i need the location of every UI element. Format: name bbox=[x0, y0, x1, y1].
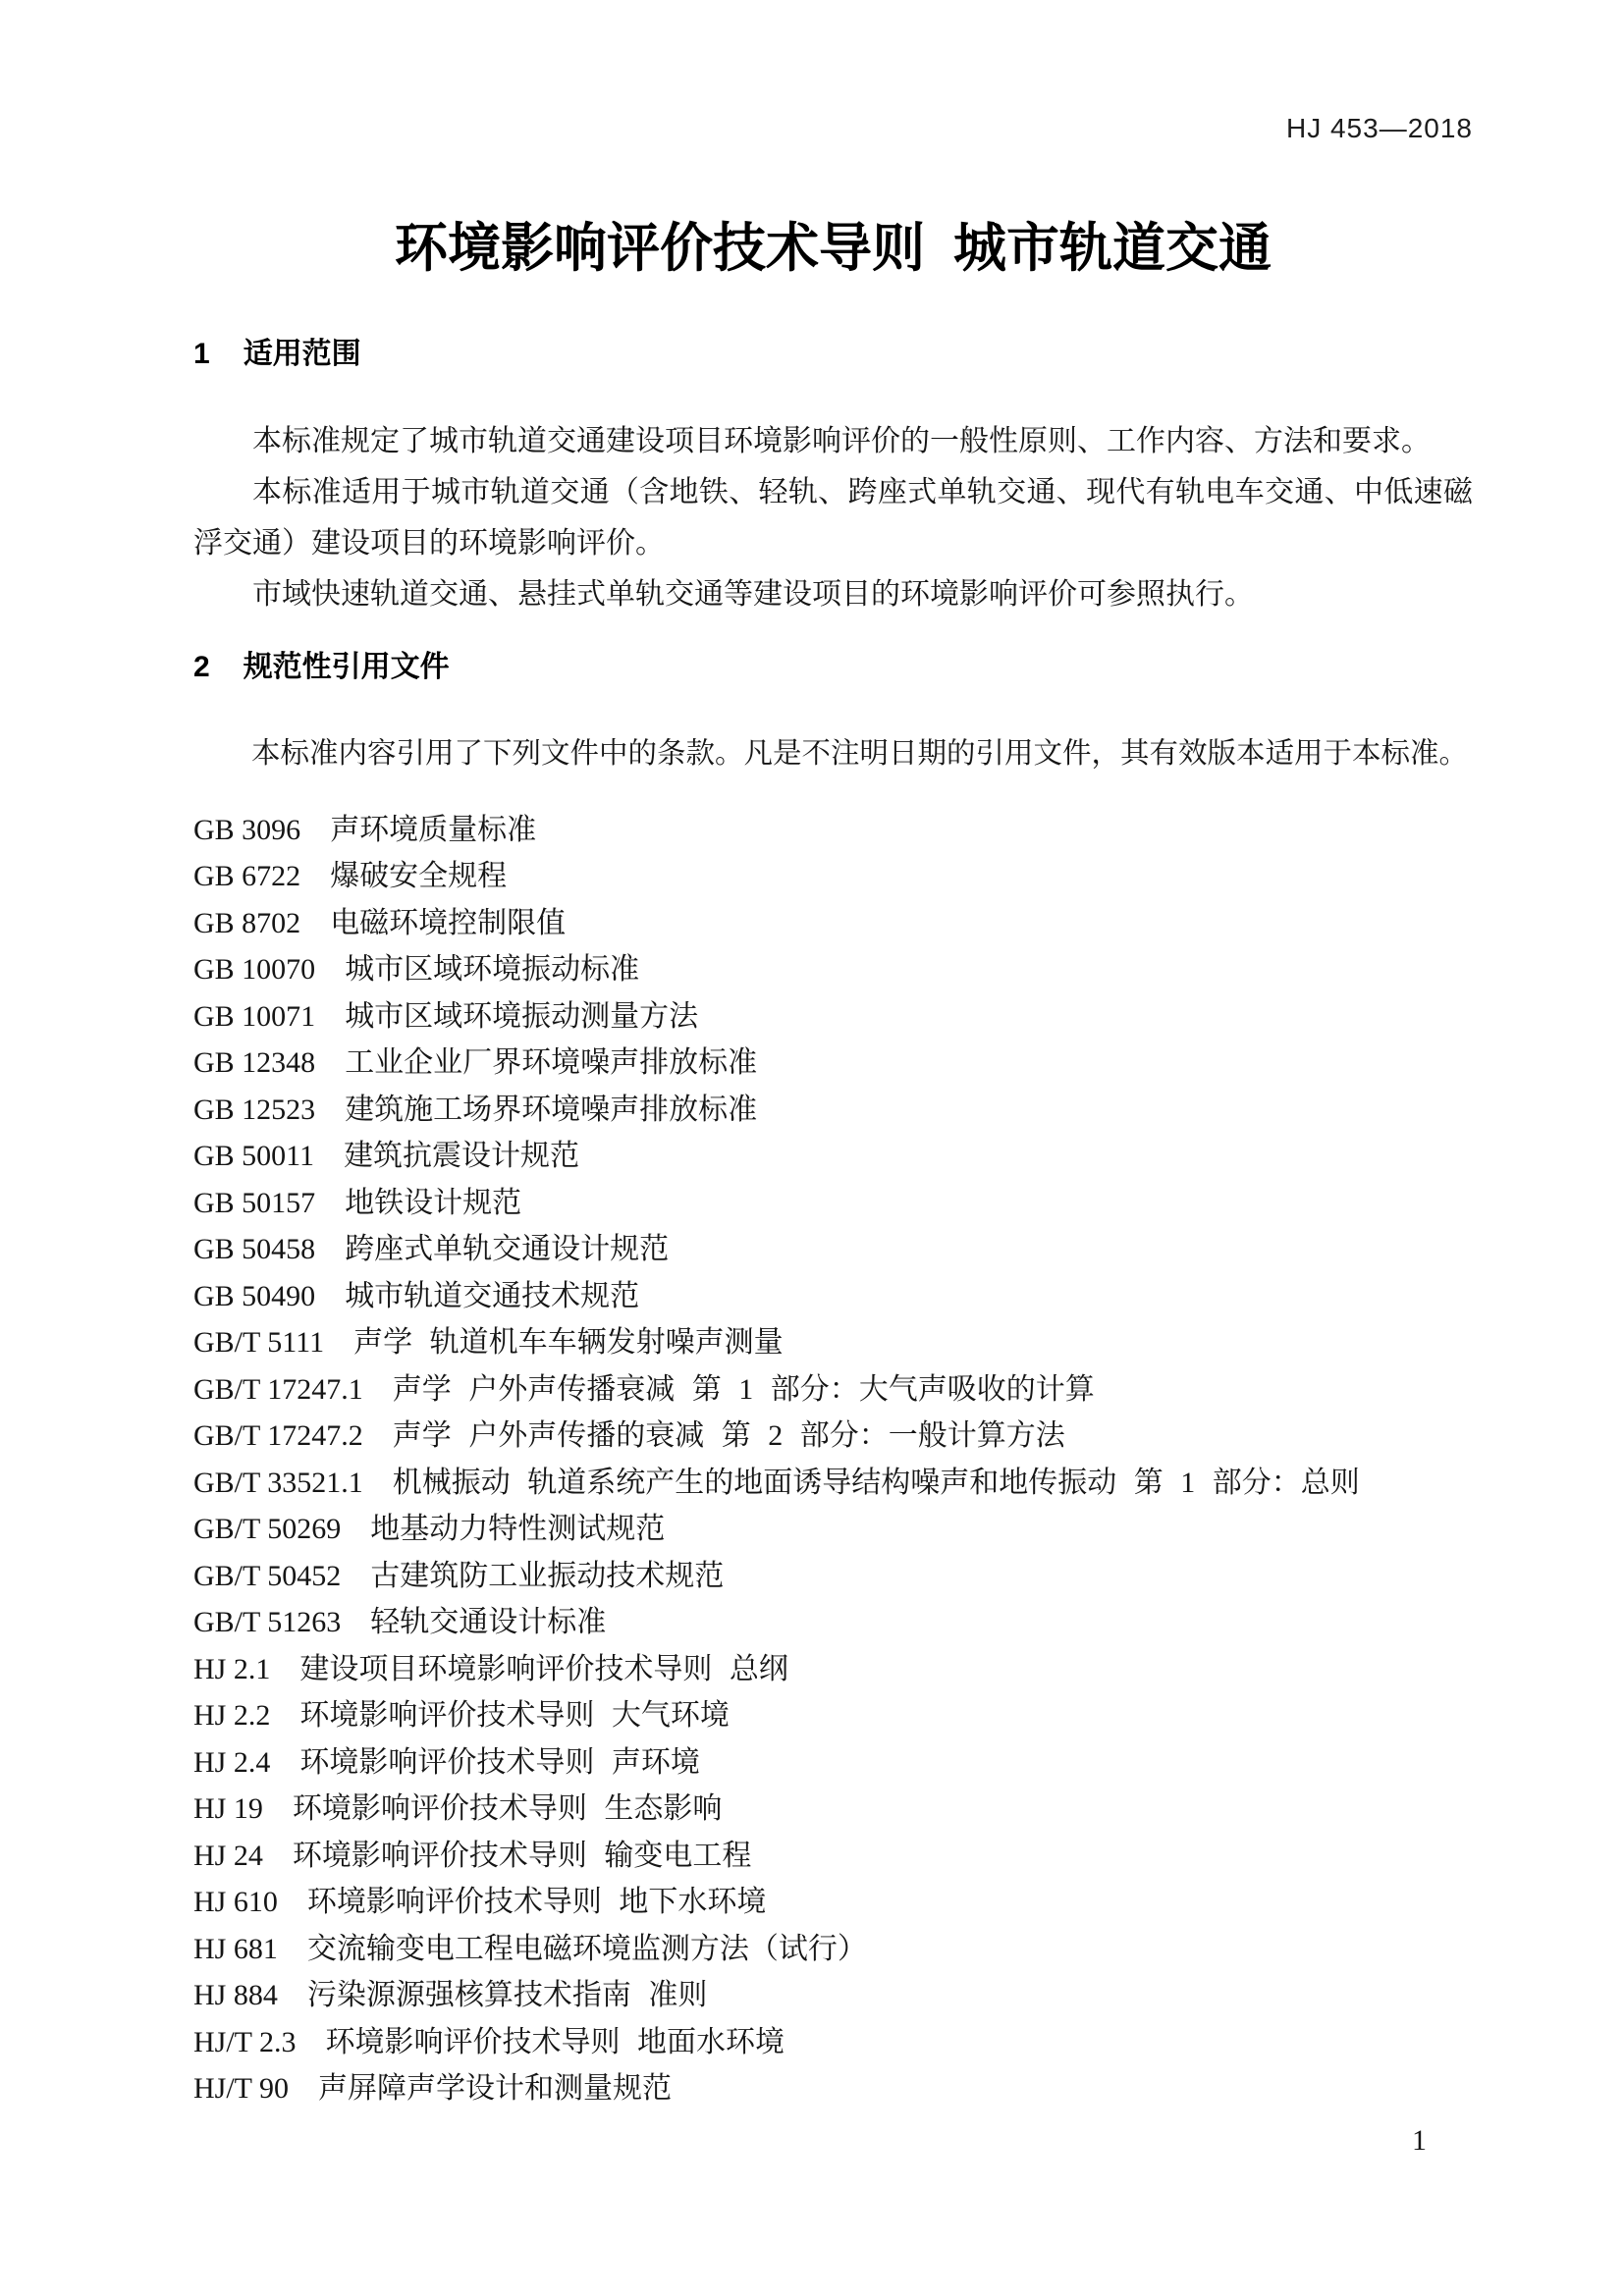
reference-title: 声学 户外声传播的衰减 第 2 部分：一般计算方法 bbox=[393, 1419, 1065, 1452]
section-heading-text: 规范性引用文件 bbox=[244, 651, 450, 683]
reference-code: GB 50490 bbox=[193, 1280, 315, 1312]
reference-title: 城市区域环境振动测量方法 bbox=[345, 1000, 698, 1033]
reference-title: 跨座式单轨交通设计规范 bbox=[345, 1233, 669, 1265]
reference-item: GB/T 33521.1机械振动 轨道系统产生的地面诱导结构噪声和地传振动 第 … bbox=[193, 1460, 1473, 1507]
reference-code: GB 12348 bbox=[193, 1046, 315, 1079]
reference-code: GB 50458 bbox=[193, 1233, 315, 1265]
reference-title: 声学 轨道机车车辆发射噪声测量 bbox=[353, 1326, 784, 1359]
reference-item: HJ 884污染源源强核算技术指南 准则 bbox=[193, 1972, 1473, 2019]
section-heading-normative-references: 2规范性引用文件 bbox=[193, 646, 1473, 689]
reference-code: HJ 2.1 bbox=[193, 1653, 270, 1685]
reference-title: 环境影响评价技术导则 输变电工程 bbox=[293, 1840, 752, 1872]
reference-item: HJ 2.1建设项目环境影响评价技术导则 总纲 bbox=[193, 1646, 1473, 1693]
reference-title: 声学 户外声传播衰减 第 1 部分：大气声吸收的计算 bbox=[393, 1373, 1095, 1406]
reference-code: HJ/T 2.3 bbox=[193, 2026, 296, 2058]
reference-code: HJ 24 bbox=[193, 1840, 263, 1872]
reference-code: HJ 610 bbox=[193, 1886, 278, 1918]
paragraph: 本标准规定了城市轨道交通建设项目环境影响评价的一般性原则、工作内容、方法和要求。 bbox=[193, 416, 1473, 467]
references-intro-paragraph: 本标准内容引用了下列文件中的条款。凡是不注明日期的引用文件，其有效版本适用于本标… bbox=[193, 730, 1473, 777]
reference-title: 地基动力特性测试规范 bbox=[370, 1513, 665, 1545]
reference-item: GB 10070城市区域环境振动标准 bbox=[193, 946, 1473, 993]
reference-item: HJ 610环境影响评价技术导则 地下水环境 bbox=[193, 1879, 1473, 1926]
reference-title: 声环境质量标准 bbox=[330, 814, 536, 846]
reference-code: GB 50157 bbox=[193, 1187, 315, 1219]
reference-title: 轻轨交通设计标准 bbox=[370, 1606, 606, 1638]
reference-code: GB 8702 bbox=[193, 907, 300, 939]
reference-title: 电磁环境控制限值 bbox=[330, 907, 566, 939]
reference-item: GB 50011建筑抗震设计规范 bbox=[193, 1133, 1473, 1180]
standard-number-header: HJ 453—2018 bbox=[193, 112, 1473, 145]
reference-title: 交流输变电工程电磁环境监测方法（试行） bbox=[307, 1933, 867, 1965]
reference-code: GB/T 5111 bbox=[193, 1326, 324, 1359]
page-content: HJ 453—2018 环境影响评价技术导则 城市轨道交通 1适用范围 本标准规… bbox=[0, 112, 1624, 2112]
reference-code: HJ 19 bbox=[193, 1792, 263, 1825]
document-page: HJ 453—2018 环境影响评价技术导则 城市轨道交通 1适用范围 本标准规… bbox=[0, 0, 1624, 2296]
reference-title: 声屏障声学设计和测量规范 bbox=[318, 2072, 672, 2105]
section-heading-scope: 1适用范围 bbox=[193, 333, 1473, 376]
paragraph: 市域快速轨道交通、悬挂式单轨交通等建设项目的环境影响评价可参照执行。 bbox=[193, 569, 1473, 620]
section-number: 1 bbox=[193, 333, 210, 376]
reference-code: GB 50011 bbox=[193, 1140, 314, 1172]
reference-title: 环境影响评价技术导则 大气环境 bbox=[299, 1699, 730, 1732]
page-title: 环境影响评价技术导则 城市轨道交通 bbox=[193, 219, 1473, 278]
reference-item: HJ 2.4环境影响评价技术导则 声环境 bbox=[193, 1739, 1473, 1787]
reference-code: GB/T 17247.2 bbox=[193, 1419, 363, 1452]
reference-title: 环境影响评价技术导则 生态影响 bbox=[293, 1792, 723, 1825]
reference-title: 城市轨道交通技术规范 bbox=[345, 1280, 639, 1312]
reference-code: HJ 2.2 bbox=[193, 1699, 270, 1732]
paragraph: 本标准适用于城市轨道交通（含地铁、轻轨、跨座式单轨交通、现代有轨电车交通、中低速… bbox=[193, 467, 1473, 569]
reference-title: 污染源源强核算技术指南 准则 bbox=[307, 1979, 708, 2011]
section-heading-text: 适用范围 bbox=[244, 338, 361, 370]
reference-item: GB/T 51263轻轨交通设计标准 bbox=[193, 1599, 1473, 1646]
reference-title: 建筑抗震设计规范 bbox=[344, 1140, 579, 1172]
reference-item: HJ 24环境影响评价技术导则 输变电工程 bbox=[193, 1833, 1473, 1880]
reference-code: GB 3096 bbox=[193, 814, 300, 846]
reference-title: 城市区域环境振动标准 bbox=[345, 953, 639, 986]
reference-item: GB 6722爆破安全规程 bbox=[193, 853, 1473, 900]
reference-item: HJ 19环境影响评价技术导则 生态影响 bbox=[193, 1786, 1473, 1833]
reference-item: GB 50157地铁设计规范 bbox=[193, 1180, 1473, 1227]
reference-item: GB/T 17247.1声学 户外声传播衰减 第 1 部分：大气声吸收的计算 bbox=[193, 1366, 1473, 1414]
reference-code: GB/T 50452 bbox=[193, 1560, 341, 1592]
reference-item: GB/T 50269地基动力特性测试规范 bbox=[193, 1506, 1473, 1553]
reference-item: GB 10071城市区域环境振动测量方法 bbox=[193, 993, 1473, 1041]
scope-paragraphs: 本标准规定了城市轨道交通建设项目环境影响评价的一般性原则、工作内容、方法和要求。… bbox=[193, 416, 1473, 620]
reference-title: 古建筑防工业振动技术规范 bbox=[370, 1560, 724, 1592]
reference-item: GB 8702电磁环境控制限值 bbox=[193, 900, 1473, 947]
reference-code: GB 6722 bbox=[193, 860, 300, 892]
reference-title: 爆破安全规程 bbox=[330, 860, 507, 892]
reference-title: 环境影响评价技术导则 地下水环境 bbox=[307, 1886, 767, 1918]
reference-code: HJ 884 bbox=[193, 1979, 278, 2011]
reference-title: 机械振动 轨道系统产生的地面诱导结构噪声和地传振动 第 1 部分：总则 bbox=[393, 1467, 1360, 1499]
reference-title: 环境影响评价技术导则 声环境 bbox=[299, 1746, 700, 1779]
reference-title: 工业企业厂界环境噪声排放标准 bbox=[345, 1046, 757, 1079]
reference-item: GB 12348工业企业厂界环境噪声排放标准 bbox=[193, 1040, 1473, 1087]
reference-code: HJ 681 bbox=[193, 1933, 278, 1965]
reference-item: HJ/T 90声屏障声学设计和测量规范 bbox=[193, 2065, 1473, 2112]
page-number: 1 bbox=[1412, 2123, 1427, 2159]
reference-item: GB 12523建筑施工场界环境噪声排放标准 bbox=[193, 1087, 1473, 1134]
section-number: 2 bbox=[193, 646, 210, 689]
reference-code: GB 12523 bbox=[193, 1094, 315, 1126]
reference-item: HJ 2.2环境影响评价技术导则 大气环境 bbox=[193, 1692, 1473, 1739]
reference-code: HJ/T 90 bbox=[193, 2072, 289, 2105]
reference-code: GB/T 17247.1 bbox=[193, 1373, 363, 1406]
reference-item: GB/T 50452古建筑防工业振动技术规范 bbox=[193, 1553, 1473, 1600]
reference-code: GB/T 51263 bbox=[193, 1606, 341, 1638]
reference-item: GB/T 17247.2声学 户外声传播的衰减 第 2 部分：一般计算方法 bbox=[193, 1413, 1473, 1460]
reference-code: GB 10071 bbox=[193, 1000, 315, 1033]
reference-title: 地铁设计规范 bbox=[345, 1187, 521, 1219]
reference-code: GB/T 50269 bbox=[193, 1513, 341, 1545]
reference-title: 环境影响评价技术导则 地面水环境 bbox=[325, 2026, 785, 2058]
reference-list: GB 3096声环境质量标准 GB 6722爆破安全规程 GB 8702电磁环境… bbox=[193, 807, 1473, 2112]
reference-code: GB/T 33521.1 bbox=[193, 1467, 363, 1499]
reference-code: GB 10070 bbox=[193, 953, 315, 986]
reference-item: GB/T 5111声学 轨道机车车辆发射噪声测量 bbox=[193, 1319, 1473, 1366]
reference-title: 建筑施工场界环境噪声排放标准 bbox=[345, 1094, 757, 1126]
reference-item: GB 50490城市轨道交通技术规范 bbox=[193, 1273, 1473, 1320]
reference-item: HJ/T 2.3环境影响评价技术导则 地面水环境 bbox=[193, 2019, 1473, 2066]
reference-item: HJ 681交流输变电工程电磁环境监测方法（试行） bbox=[193, 1926, 1473, 1973]
reference-title: 建设项目环境影响评价技术导则 总纲 bbox=[299, 1653, 788, 1685]
reference-code: HJ 2.4 bbox=[193, 1746, 270, 1779]
reference-item: GB 50458跨座式单轨交通设计规范 bbox=[193, 1226, 1473, 1273]
reference-item: GB 3096声环境质量标准 bbox=[193, 807, 1473, 854]
